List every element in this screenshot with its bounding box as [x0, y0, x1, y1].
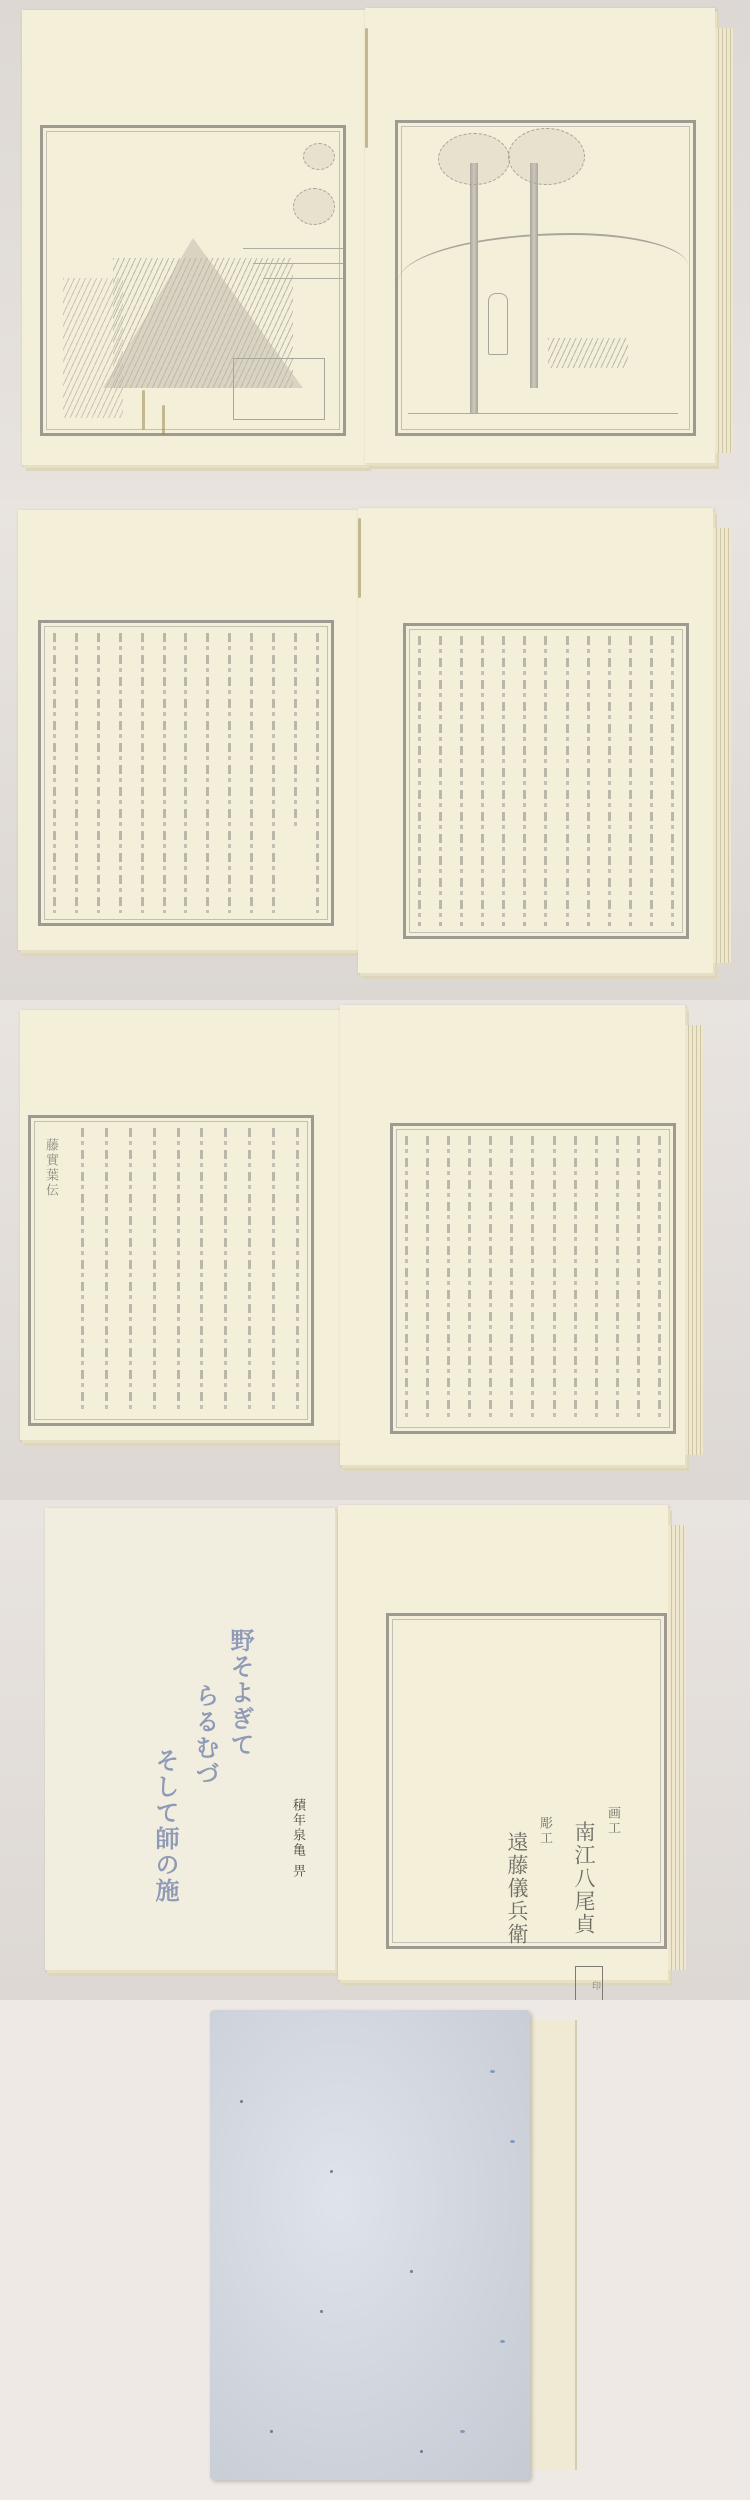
- photo-text-spread-1: [0, 500, 750, 1000]
- text-column: [460, 636, 463, 926]
- text-column: [206, 633, 209, 913]
- text-frame: 藤實葉伝: [28, 1115, 314, 1426]
- photo-illustration-spread: [0, 0, 750, 500]
- left-page-endpaper: 野そよぎて らるむづ そして師の施 積年泉亀 畀: [45, 1508, 335, 1970]
- margin-title: 藤實葉伝: [41, 1138, 60, 1198]
- hillside: [398, 233, 688, 315]
- text-column: [119, 633, 122, 913]
- text-column: [228, 633, 231, 913]
- text-column: [426, 1136, 429, 1421]
- text-column: [502, 636, 505, 926]
- colophon-frame: 画工 南江八尾貞 彫工 遠藤儀兵衛 印: [386, 1613, 667, 1949]
- text-columns: [81, 1128, 299, 1413]
- right-page: [340, 1005, 685, 1465]
- text-column: [447, 1136, 450, 1421]
- text-column: [574, 1136, 577, 1421]
- illustrator-name: 南江八尾貞: [571, 1821, 597, 1936]
- wormhole-damage: [162, 405, 165, 435]
- text-column: [544, 636, 547, 926]
- tree-foliage: [303, 143, 335, 170]
- field-line: [243, 248, 343, 249]
- text-column: [129, 1128, 132, 1413]
- text-column: [523, 636, 526, 926]
- photo-book-cover: [0, 2000, 750, 2500]
- text-column: [248, 1128, 251, 1413]
- illustration-frame: [40, 125, 346, 436]
- text-frame: [38, 620, 334, 926]
- field-line: [253, 263, 343, 264]
- right-page: [358, 508, 713, 973]
- text-column: [553, 1136, 556, 1421]
- seal-stamp: 印: [575, 1966, 603, 2000]
- engraver-label: 彫工: [531, 1816, 557, 1846]
- text-column: [418, 636, 421, 926]
- wormhole-damage: [365, 28, 368, 148]
- text-column: [272, 1128, 275, 1413]
- right-page: [365, 8, 715, 463]
- text-column: [177, 1128, 180, 1413]
- text-column: [650, 636, 653, 926]
- illustrator-label: 画工: [599, 1806, 625, 1836]
- signature: 積年泉亀 畀: [288, 1798, 307, 1879]
- ground-line: [408, 413, 678, 414]
- text-column: [105, 1128, 108, 1413]
- text-column: [405, 1136, 408, 1421]
- tree-foliage: [293, 188, 335, 225]
- photo-text-spread-2: 藤實葉伝: [0, 1000, 750, 1500]
- engraver-name: 遠藤儀兵衛: [504, 1831, 530, 1946]
- distant-roof: [548, 338, 628, 368]
- text-column: [53, 633, 56, 913]
- text-column: [468, 1136, 471, 1421]
- text-column: [200, 1128, 203, 1413]
- text-column: [153, 1128, 156, 1413]
- photo-colophon-spread: 野そよぎて らるむづ そして師の施 積年泉亀 畀 画工 南江八尾貞 彫工 遠藤儀…: [0, 1500, 750, 2000]
- text-column: [294, 633, 297, 829]
- text-column: [566, 636, 569, 926]
- text-column: [439, 636, 442, 926]
- wormhole-damage: [142, 390, 145, 430]
- text-column: [629, 636, 632, 926]
- inscription-line-2: らるむづ: [190, 1683, 220, 1787]
- text-column: [510, 1136, 513, 1421]
- text-column: [489, 1136, 492, 1421]
- text-frame: [403, 623, 689, 939]
- text-column: [296, 1128, 299, 1413]
- blue-paper-cover: [210, 2010, 530, 2480]
- text-column: [587, 636, 590, 926]
- text-column: [163, 633, 166, 913]
- left-page: [22, 10, 367, 465]
- text-column: [224, 1128, 227, 1413]
- wormhole-damage: [358, 518, 361, 598]
- tree-foliage: [508, 128, 585, 185]
- left-page: [18, 510, 358, 950]
- inscription-line-3: そして師の施: [150, 1748, 180, 1904]
- text-columns: [405, 1136, 661, 1421]
- page-edges: [525, 2020, 577, 2470]
- text-column: [250, 633, 253, 913]
- text-column: [481, 636, 484, 926]
- text-column: [97, 633, 100, 913]
- text-column: [316, 633, 319, 913]
- text-column: [608, 636, 611, 926]
- text-column: [595, 1136, 598, 1421]
- text-column: [141, 633, 144, 913]
- bamboo-grove: [63, 278, 123, 418]
- text-column: [616, 1136, 619, 1421]
- text-column: [531, 1136, 534, 1421]
- tree-foliage: [438, 133, 510, 185]
- text-column: [184, 633, 187, 913]
- hut-doorway: [233, 358, 325, 420]
- standing-figure: [488, 293, 508, 355]
- text-frame: [390, 1123, 676, 1434]
- tree-trunk: [530, 163, 538, 388]
- field-line: [263, 278, 343, 279]
- text-columns: [418, 636, 674, 926]
- text-column: [658, 1136, 661, 1421]
- text-column: [671, 636, 674, 926]
- text-column: [81, 1128, 84, 1413]
- illustration-frame: [395, 120, 696, 436]
- left-page: 藤實葉伝: [20, 1010, 340, 1440]
- right-page: 画工 南江八尾貞 彫工 遠藤儀兵衛 印: [338, 1505, 668, 1980]
- text-column: [637, 1136, 640, 1421]
- inscription-line-1: 野そよぎて: [225, 1628, 255, 1758]
- text-column: [75, 633, 78, 913]
- text-columns: [53, 633, 319, 913]
- text-column: [272, 633, 275, 913]
- tree-trunk: [470, 163, 478, 413]
